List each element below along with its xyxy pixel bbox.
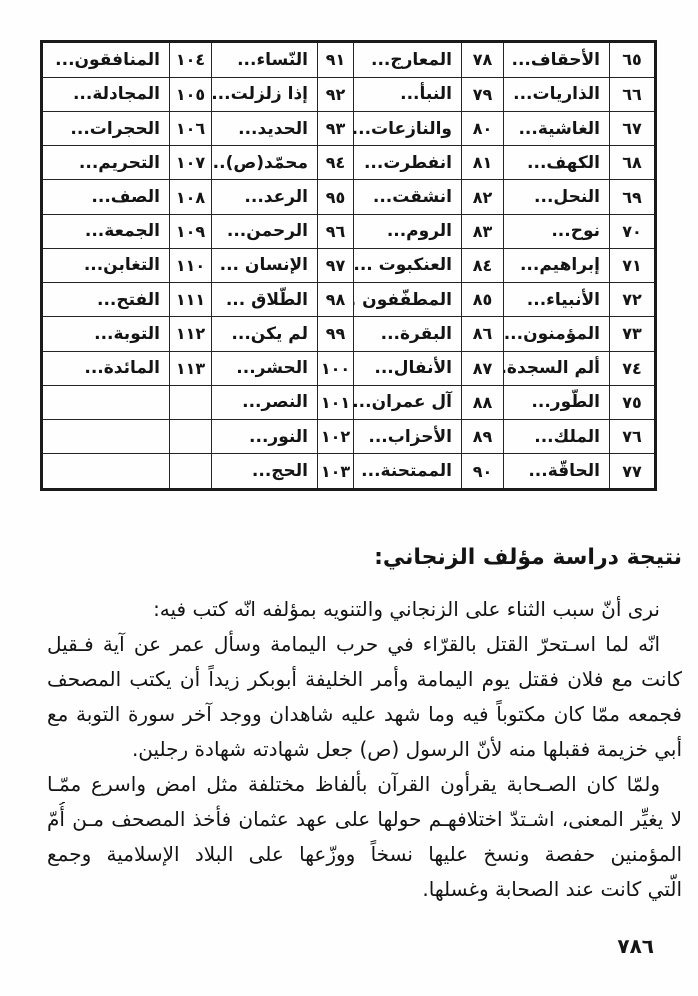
surah-number-cell: ١١٣ (170, 351, 212, 385)
surah-number-cell: ٧٣ (610, 317, 656, 351)
surah-name-cell (42, 419, 170, 453)
table-row: ٧٠نوح...٨٣الروم...٩٦الرحمن...١٠٩الجمعة..… (42, 214, 656, 248)
surah-number-cell (170, 419, 212, 453)
surah-number-cell: ٧٩ (462, 77, 504, 111)
surah-number-cell: ١١١ (170, 283, 212, 317)
surah-name-cell: الحج... (212, 454, 318, 490)
page-number: ٧٨٦ (617, 934, 654, 958)
surah-number-cell: ٩٨ (318, 283, 354, 317)
surah-name-cell: البقرة... (354, 317, 462, 351)
surah-name-cell: الملك... (504, 419, 610, 453)
surah-name-cell: النبأ... (354, 77, 462, 111)
surah-name-cell: المجادلة... (42, 77, 170, 111)
surah-name-cell: الأحقاف... (504, 42, 610, 78)
surah-number-cell: ١١٠ (170, 248, 212, 282)
surah-name-cell (42, 385, 170, 419)
surah-number-cell: ١٠٤ (170, 42, 212, 78)
surah-name-cell: المائدة... (42, 351, 170, 385)
surah-index-table: ٦٥الأحقاف...٧٨المعارج...٩١النّساء...١٠٤ا… (40, 40, 657, 491)
surah-number-cell: ١٠٨ (170, 180, 212, 214)
surah-name-cell: التوبة... (42, 317, 170, 351)
table-row: ٧٤ألم السجدة...٨٧الأنفال...١٠٠الحشر...١١… (42, 351, 656, 385)
surah-name-cell: ألم السجدة... (504, 351, 610, 385)
surah-name-cell: المنافقون... (42, 42, 170, 78)
surah-number-cell: ١١٢ (170, 317, 212, 351)
surah-name-cell: محمّد(ص)... (212, 146, 318, 180)
surah-number-cell: ٩١ (318, 42, 354, 78)
surah-number-cell: ٧٢ (610, 283, 656, 317)
text-line: انّه لما اسـتحرّ القتل بالقرّاء في حرب ا… (47, 627, 682, 662)
surah-name-cell: انفطرت... (354, 146, 462, 180)
surah-number-cell: ٩٣ (318, 111, 354, 145)
surah-number-cell: ٨٤ (462, 248, 504, 282)
surah-name-cell: العنكبوت ... (354, 248, 462, 282)
surah-name-cell: آل عمران... (354, 385, 462, 419)
surah-number-cell: ٩٩ (318, 317, 354, 351)
surah-name-cell: والنازعات... (354, 111, 462, 145)
surah-number-cell: ٨٨ (462, 385, 504, 419)
surah-name-cell: المؤمنون... (504, 317, 610, 351)
surah-name-cell: لم يكن... (212, 317, 318, 351)
surah-number-cell: ١٠١ (318, 385, 354, 419)
table-row: ٧٥الطّور...٨٨آل عمران...١٠١النصر... (42, 385, 656, 419)
surah-name-cell: المعارج... (354, 42, 462, 78)
surah-name-cell: الطّلاق ... (212, 283, 318, 317)
surah-name-cell: الممتحنة... (354, 454, 462, 490)
surah-name-cell: الفتح... (42, 283, 170, 317)
surah-number-cell: ١٠٦ (170, 111, 212, 145)
text-line: فجمعه ممّا كان مكتوباً فيه وما شهد عليه … (47, 697, 682, 732)
surah-name-cell: الروم... (354, 214, 462, 248)
text-line: لا يغيِّر المعنى، اشـتدّ اختلافهـم حولها… (47, 802, 682, 837)
surah-name-cell: الرحمن... (212, 214, 318, 248)
surah-number-cell: ٨٠ (462, 111, 504, 145)
table-row: ٦٧الغاشية...٨٠والنازعات...٩٣الحديد...١٠٦… (42, 111, 656, 145)
surah-number-cell: ٩٢ (318, 77, 354, 111)
surah-name-cell: الجمعة... (42, 214, 170, 248)
table-row: ٧٣المؤمنون...٨٦البقرة...٩٩لم يكن...١١٢ال… (42, 317, 656, 351)
surah-number-cell: ٨٦ (462, 317, 504, 351)
surah-name-cell: الحديد... (212, 111, 318, 145)
surah-name-cell: النور... (212, 419, 318, 453)
surah-number-cell: ١٠٢ (318, 419, 354, 453)
table-row: ٧١إبراهيم...٨٤العنكبوت ...٩٧الإنسان ...١… (42, 248, 656, 282)
surah-name-cell: الطّور... (504, 385, 610, 419)
surah-name-cell: الحجرات... (42, 111, 170, 145)
surah-name-cell: الغاشية... (504, 111, 610, 145)
surah-name-cell: إذا زلزلت... (212, 77, 318, 111)
surah-number-cell: ١٠٩ (170, 214, 212, 248)
section-heading: نتيجة دراسة مؤلف الزنجاني: (47, 540, 682, 576)
surah-name-cell: الكهف... (504, 146, 610, 180)
surah-name-cell: نوح... (504, 214, 610, 248)
surah-number-cell: ٦٨ (610, 146, 656, 180)
surah-number-cell: ٨٧ (462, 351, 504, 385)
surah-name-cell: النّساء... (212, 42, 318, 78)
surah-number-cell: ٩٤ (318, 146, 354, 180)
paragraph: انّه لما اسـتحرّ القتل بالقرّاء في حرب ا… (47, 627, 682, 767)
table-row: ٦٦الذاريات...٧٩النبأ...٩٢إذا زلزلت...١٠٥… (42, 77, 656, 111)
surah-number-cell (170, 385, 212, 419)
surah-name-cell: التحريم... (42, 146, 170, 180)
surah-number-cell: ٦٦ (610, 77, 656, 111)
surah-name-cell: الذاريات... (504, 77, 610, 111)
paragraphs-container: نرى أنّ سبب الثناء على الزنجاني والتنويه… (47, 592, 682, 907)
surah-name-cell: النصر... (212, 385, 318, 419)
text-line: ولمّا كان الصـحابة يقرأون القرآن بألفاظ … (47, 767, 682, 802)
surah-number-cell: ١٠٥ (170, 77, 212, 111)
surah-number-cell: ٧٤ (610, 351, 656, 385)
surah-number-cell: ٧٦ (610, 419, 656, 453)
surah-name-cell: النحل... (504, 180, 610, 214)
surah-number-cell: ٩٦ (318, 214, 354, 248)
surah-name-cell: الصف... (42, 180, 170, 214)
surah-name-cell: انشقت... (354, 180, 462, 214)
text-line: نرى أنّ سبب الثناء على الزنجاني والتنويه… (47, 592, 682, 627)
paragraph: نرى أنّ سبب الثناء على الزنجاني والتنويه… (47, 592, 682, 627)
surah-number-cell: ٨٥ (462, 283, 504, 317)
surah-table-body: ٦٥الأحقاف...٧٨المعارج...٩١النّساء...١٠٤ا… (42, 42, 656, 490)
paragraph: ولمّا كان الصـحابة يقرأون القرآن بألفاظ … (47, 767, 682, 907)
text-line: المؤمنين حفصة ونسخ عليها نسخاً ووزّعها ع… (47, 837, 682, 872)
surah-number-cell: ٦٥ (610, 42, 656, 78)
surah-number-cell: ٧٨ (462, 42, 504, 78)
surah-name-cell: الرعد... (212, 180, 318, 214)
surah-number-cell: ٩٥ (318, 180, 354, 214)
surah-number-cell: ٨١ (462, 146, 504, 180)
surah-name-cell: الأنبياء... (504, 283, 610, 317)
surah-number-cell: ١٠٠ (318, 351, 354, 385)
text-line: أبي خزيمة فقبلها منه لأنّ الرسول (ص) جعل… (47, 732, 682, 767)
surah-name-cell: الحاقّة... (504, 454, 610, 490)
surah-number-cell: ١٠٣ (318, 454, 354, 490)
text-line: الّتي كانت عند الصحابة وغسلها. (47, 872, 682, 907)
surah-number-cell: ٨٢ (462, 180, 504, 214)
table-row: ٦٩النحل...٨٢انشقت...٩٥الرعد...١٠٨الصف... (42, 180, 656, 214)
surah-number-cell: ٦٧ (610, 111, 656, 145)
surah-number-cell: ٨٣ (462, 214, 504, 248)
table-row: ٦٥الأحقاف...٧٨المعارج...٩١النّساء...١٠٤ا… (42, 42, 656, 78)
surah-number-cell: ٩٠ (462, 454, 504, 490)
table-row: ٧٢الأنبياء...٨٥المطفّفون ...٩٨الطّلاق ..… (42, 283, 656, 317)
text-line: كانت مع فلان فقتل يوم اليمامة وأمر الخلي… (47, 662, 682, 697)
surah-name-cell: التغابن... (42, 248, 170, 282)
surah-number-cell: ٩٧ (318, 248, 354, 282)
table-row: ٧٦الملك...٨٩الأحزاب...١٠٢النور... (42, 419, 656, 453)
surah-number-cell: ٧٧ (610, 454, 656, 490)
surah-number-cell: ١٠٧ (170, 146, 212, 180)
surah-number-cell: ٧٥ (610, 385, 656, 419)
surah-name-cell: الإنسان ... (212, 248, 318, 282)
surah-number-cell: ٧٠ (610, 214, 656, 248)
surah-name-cell: الأنفال... (354, 351, 462, 385)
table-row: ٦٨الكهف...٨١انفطرت...٩٤محمّد(ص)...١٠٧الت… (42, 146, 656, 180)
body-text-block: نتيجة دراسة مؤلف الزنجاني: نرى أنّ سبب ا… (47, 540, 682, 907)
surah-name-cell: المطفّفون ... (354, 283, 462, 317)
surah-number-cell (170, 454, 212, 490)
surah-number-cell: ٦٩ (610, 180, 656, 214)
surah-number-cell: ٧١ (610, 248, 656, 282)
surah-name-cell: الحشر... (212, 351, 318, 385)
surah-number-cell: ٨٩ (462, 419, 504, 453)
surah-name-cell: إبراهيم... (504, 248, 610, 282)
scanned-book-page: ٦٥الأحقاف...٧٨المعارج...٩١النّساء...١٠٤ا… (0, 0, 698, 996)
surah-name-cell: الأحزاب... (354, 419, 462, 453)
table-row: ٧٧الحاقّة...٩٠الممتحنة...١٠٣الحج... (42, 454, 656, 490)
surah-name-cell (42, 454, 170, 490)
